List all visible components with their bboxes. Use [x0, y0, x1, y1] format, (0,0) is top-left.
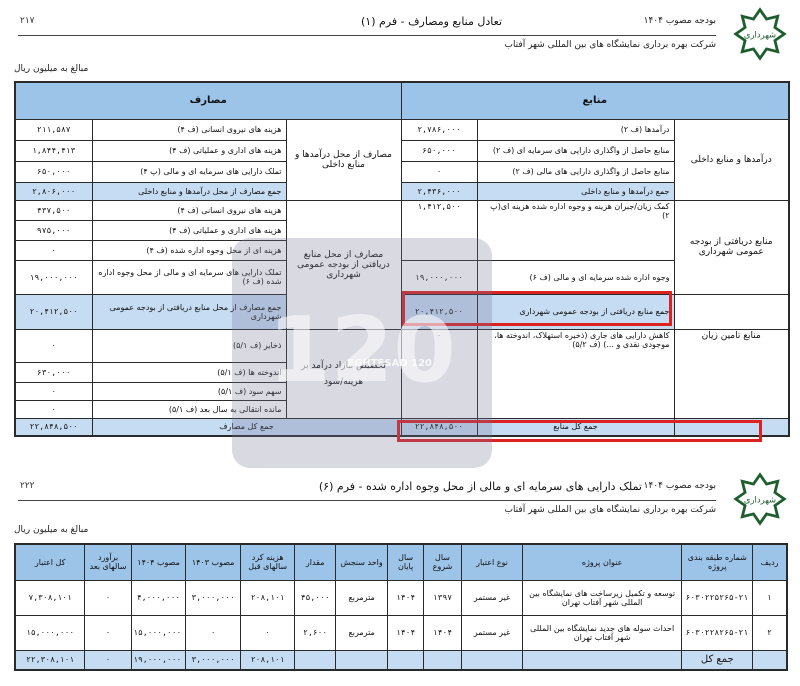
- form6-header: شهرداری بودجه مصوب ۱۴۰۴ تملک دارایی های …: [18, 465, 792, 525]
- cell: ۱۵,۰۰۰,۰۰۰: [15, 615, 85, 650]
- page-number: ۲۲۲: [20, 481, 35, 491]
- use-value: ۰: [15, 329, 92, 362]
- use-label: هزینه ای از محل وجوه اداره شده (ف ۴): [92, 240, 286, 260]
- uses-grand-total-value: ۲۲,۸۴۸,۵۰۰: [15, 418, 92, 436]
- source-label: منابع حاصل از واگذاری دارایی های سرمایه …: [477, 140, 674, 161]
- tehran-municipality-logo-icon: شهرداری: [732, 6, 788, 62]
- source-value: ۱۹,۰۰۰,۰۰۰: [401, 260, 477, 294]
- cell: ۲۰۸,۱۰۱: [240, 580, 295, 615]
- budget-label: بودجه مصوب ۱۴۰۴: [644, 16, 716, 26]
- cell: [522, 650, 682, 670]
- cell: ۲: [753, 615, 787, 650]
- use-label: هزینه های اداری و عملیاتی (ف ۴): [92, 140, 286, 161]
- company-name: شرکت بهره برداری نمایشگاه های بین المللی…: [504, 505, 716, 515]
- uses-category: مصارف از محل منابع دریافتی از بودجه عموم…: [286, 200, 401, 329]
- form1-header: شهرداری بودجه مصوب ۱۴۰۴ تعادل منابع ومصا…: [18, 0, 792, 60]
- total-row: جمع کل ۲۰۸,۱۰۱ ۳,۰۰۰,۰۰۰ ۱۹,۰۰۰,۰۰۰ ۰ ۲۲…: [15, 650, 787, 670]
- col-header: واحد سنجش: [335, 544, 388, 580]
- source-value: ۰: [401, 161, 477, 182]
- cell: ۰: [85, 615, 131, 650]
- source-label: منابع حاصل از واگذاری دارایی های مالی (ف…: [477, 161, 674, 182]
- use-value: ۰: [15, 400, 92, 418]
- source-label: کمک زیان/جبران هزینه و وجوه اداره شده هز…: [477, 200, 674, 260]
- cell: ۰: [240, 615, 295, 650]
- cell: غیر مستمر: [462, 580, 523, 615]
- use-value: ۱,۸۴۴,۴۱۳: [15, 140, 92, 161]
- table-row: ۱ ۶۰۳۰۲۲۵۲۶۵-۲۱ توسعه و تکمیل زیرساخت ها…: [15, 580, 787, 615]
- col-header: ردیف: [753, 544, 787, 580]
- use-label: هزینه های نیروی انسانی (ف ۴): [92, 200, 286, 220]
- use-label: هزینه های نیروی انسانی (ف ۴): [92, 119, 286, 140]
- use-value: ۲۱۱,۵۸۷: [15, 119, 92, 140]
- col-header: سال شروع: [423, 544, 461, 580]
- cell: [423, 650, 461, 670]
- col-header: هزینه کرد سالهای قبل: [240, 544, 295, 580]
- use-label: ذخایر (ف ۵/۱): [92, 329, 286, 362]
- cell: ۱۴۰۴: [388, 580, 423, 615]
- sources-category: منابع دریافتی از بودجه عمومی شهرداری: [674, 200, 789, 294]
- use-subtotal-label: جمع مصارف از محل منابع دریافتی از بودجه …: [92, 294, 286, 329]
- use-subtotal-value: ۲,۸۰۶,۰۰۰: [15, 182, 92, 200]
- cell: غیر مستمر: [462, 615, 523, 650]
- sources-category: درآمدها و منابع داخلی: [674, 119, 789, 200]
- uses-grand-total-label: جمع کل مصارف: [92, 418, 401, 436]
- use-value: ۰: [15, 240, 92, 260]
- tehran-municipality-logo-icon: شهرداری: [732, 471, 788, 527]
- sources-header: منابع: [401, 82, 789, 119]
- cell: ۱۴۰۴: [388, 615, 423, 650]
- page-title: تعادل منابع ومصارف - فرم (۱): [361, 15, 502, 28]
- cell: ۱۴۰۴: [423, 615, 461, 650]
- use-value: ۴۳۷,۵۰۰: [15, 200, 92, 220]
- page-number: ۲۱۷: [20, 16, 35, 26]
- source-label: درآمدها (ف ۲): [477, 119, 674, 140]
- cell: ۰: [85, 650, 131, 670]
- total-label: جمع کل: [682, 650, 753, 670]
- sources-category: منابع تامین زیان: [674, 329, 789, 418]
- header-divider: [18, 35, 716, 36]
- col-header: مصوب ۱۴۰۳: [186, 544, 241, 580]
- cell: ۳,۰۰۰,۰۰۰: [186, 580, 241, 615]
- cell: مترمربع: [335, 580, 388, 615]
- cell: [335, 650, 388, 670]
- use-label: اندوخته ها (ف ۵/۱): [92, 362, 286, 382]
- uses-header: مصارف: [15, 82, 401, 119]
- use-value: ۶۵۰,۰۰۰: [15, 161, 92, 182]
- budget-label: بودجه مصوب ۱۴۰۴: [644, 481, 716, 491]
- page-title: تملک دارایی های سرمایه ای و مالی از محل …: [319, 480, 642, 493]
- cell: ۷,۳۰۸,۱۰۱: [15, 580, 85, 615]
- balance-table: منابع مصارف درآمدها و منابع داخلی درآمده…: [14, 81, 790, 437]
- col-header: سال پایان: [388, 544, 423, 580]
- use-label: هزینه های اداری و عملیاتی (ف ۴): [92, 220, 286, 240]
- cell: ۱۳۹۷: [423, 580, 461, 615]
- use-value: ۰: [15, 382, 92, 400]
- use-subtotal-label: جمع مصارف از محل درآمدها و منابع داخلی: [92, 182, 286, 200]
- source-value: ۲,۷۸۶,۰۰۰: [401, 119, 477, 140]
- cell: ۶۰۳۰۲۲۸۲۶۵-۲۱: [682, 615, 753, 650]
- col-header: نوع اعتبار: [462, 544, 523, 580]
- cell: ۶۰۳۰۲۲۵۲۶۵-۲۱: [682, 580, 753, 615]
- col-header: مقدار: [295, 544, 335, 580]
- cell: [753, 650, 787, 670]
- company-name: شرکت بهره برداری نمایشگاه های بین المللی…: [504, 40, 716, 50]
- unit-note: مبالغ به میلیون ریال: [14, 525, 88, 535]
- use-label: تملک دارایی های سرمایه ای و مالی از محل …: [92, 260, 286, 294]
- cell: ۰: [85, 580, 131, 615]
- cell: ۰: [186, 615, 241, 650]
- use-value: ۹۷۵,۰۰۰: [15, 220, 92, 240]
- uses-category-title: تخصیص مازاد درآمد بر: [291, 361, 397, 371]
- cell: [295, 650, 335, 670]
- col-header: برآورد سالهای بعد: [85, 544, 131, 580]
- header-divider: [18, 500, 716, 501]
- cell: توسعه و تکمیل زیرساخت های نمایشگاه بین ا…: [522, 580, 682, 615]
- use-label: مانده انتقالی به سال بعد (ف ۵/۱): [92, 400, 286, 418]
- cell: [462, 650, 523, 670]
- cell: احداث سوله های جدید نمایشگاه بین المللی …: [522, 615, 682, 650]
- cell: ۱: [753, 580, 787, 615]
- use-subtotal-value: ۲۰,۴۱۲,۵۰۰: [15, 294, 92, 329]
- table-row: ۲ ۶۰۳۰۲۲۸۲۶۵-۲۱ احداث سوله های جدید نمای…: [15, 615, 787, 650]
- svg-text:شهرداری: شهرداری: [744, 495, 776, 505]
- col-header: شماره طبقه بندی پروژه: [682, 544, 753, 580]
- use-label: سهم سود (ف ۵/۱): [92, 382, 286, 400]
- source-subtotal-value: ۲,۴۳۶,۰۰۰: [401, 182, 477, 200]
- cell: مترمربع: [335, 615, 388, 650]
- cell: ۱۹,۰۰۰,۰۰۰: [131, 650, 186, 670]
- uses-category: تخصیص مازاد درآمد بر هزینه/سود: [286, 329, 401, 418]
- capital-assets-table: ردیف شماره طبقه بندی پروژه عنوان پروژه ن…: [14, 543, 788, 671]
- unit-note: مبالغ به میلیون ریال: [14, 64, 88, 74]
- use-label: تملک دارایی های سرمایه ای و مالی (پ ۴): [92, 161, 286, 182]
- highlight-municipal-budget-total: [402, 291, 672, 326]
- cell: [388, 650, 423, 670]
- col-header: عنوان پروژه: [522, 544, 682, 580]
- uses-category-subtitle: هزینه/سود: [291, 377, 397, 387]
- uses-category: مصارف از محل درآمدها و منابع داخلی: [286, 119, 401, 200]
- cell: ۴۵,۰۰۰: [295, 580, 335, 615]
- col-header: کل اعتبار: [15, 544, 85, 580]
- cell: ۲,۶۰۰: [295, 615, 335, 650]
- source-label: کاهش دارایی های جاری (ذخیره استهلاک، اند…: [477, 329, 674, 418]
- source-value: ۰: [401, 329, 477, 418]
- use-value: ۶۳۰,۰۰۰: [15, 362, 92, 382]
- source-value: ۶۵۰,۰۰۰: [401, 140, 477, 161]
- cell: ۱۵,۰۰۰,۰۰۰: [131, 615, 186, 650]
- cell: ۲۲,۳۰۸,۱۰۱: [15, 650, 85, 670]
- source-value: ۱,۴۱۲,۵۰۰: [401, 200, 477, 260]
- cell: ۳,۰۰۰,۰۰۰: [186, 650, 241, 670]
- source-label: وجوه اداره شده سرمایه ای و مالی (ف ۶): [477, 260, 674, 294]
- cell: ۴,۰۰۰,۰۰۰: [131, 580, 186, 615]
- col-header: مصوب ۱۴۰۴: [131, 544, 186, 580]
- use-value: ۱۹,۰۰۰,۰۰۰: [15, 260, 92, 294]
- source-subtotal-label: جمع درآمدها و منابع داخلی: [477, 182, 674, 200]
- svg-text:شهرداری: شهرداری: [744, 30, 776, 40]
- sources-category-continued: [674, 294, 789, 329]
- highlight-grand-total-sources: [397, 420, 762, 442]
- cell: ۲۰۸,۱۰۱: [240, 650, 295, 670]
